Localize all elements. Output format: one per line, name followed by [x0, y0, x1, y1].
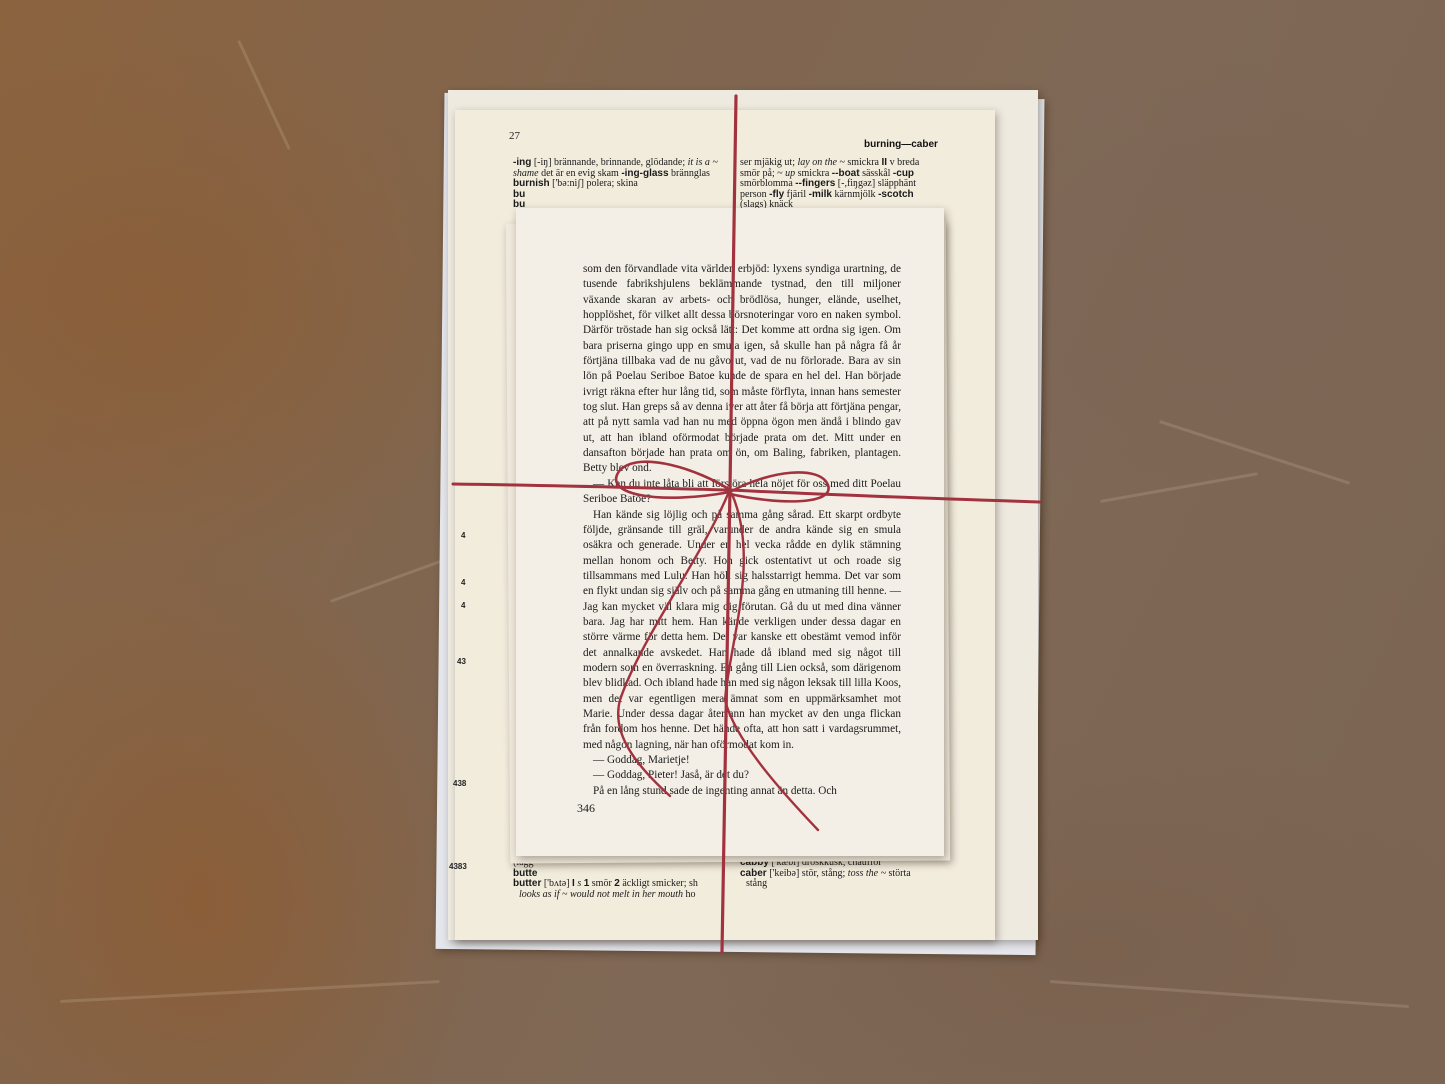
- side-page-number: 43: [457, 657, 466, 666]
- novel-page-number: 346: [577, 801, 595, 816]
- dictionary-running-header: burning—caber: [864, 139, 938, 150]
- paper-crease: [1050, 980, 1409, 1008]
- side-page-number: 4: [461, 601, 465, 610]
- paragraph: — Goddag, Pieter! Jaså, är det du?: [583, 768, 901, 783]
- dictionary-entry: burnish ['bə:niʃ] polera; skina: [513, 179, 721, 190]
- paragraph: — Kan du inte låta bli att förstöra hela…: [583, 477, 901, 508]
- paragraph: som den förvandlade vita världen erbjöd:…: [583, 262, 901, 477]
- dictionary-bottom-right: cabby ['kæbi] droskkusk, chauffor caber …: [740, 858, 945, 890]
- paper-crease: [330, 556, 453, 603]
- dictionary-line: looks as if ~ would not melt in her mout…: [513, 890, 728, 901]
- paper-crease: [1100, 472, 1258, 503]
- dictionary-left-column: -ing [-iŋ] brännande, brinnande, glödand…: [513, 158, 721, 211]
- paper-crease: [60, 980, 440, 1003]
- dictionary-bottom-left: (lägg butte butter ['bʌtə] I s 1 smör 2 …: [513, 858, 728, 900]
- dictionary-right-column: ser mjäkig ut; lay on the ~ smickra II v…: [740, 158, 942, 211]
- paragraph: Han kände sig löjlig och på samma gång s…: [583, 508, 901, 754]
- dictionary-entry: caber ['keibə] stör, stång; toss the ~ s…: [740, 869, 945, 880]
- dictionary-entry: bu: [513, 190, 721, 201]
- dictionary-entry: -ing [-iŋ] brännande, brinnande, glödand…: [513, 158, 721, 179]
- dictionary-line: stång: [740, 879, 945, 890]
- side-page-number: 4: [461, 531, 465, 540]
- side-page-number: 4383: [449, 862, 467, 871]
- side-page-number: 438: [453, 779, 466, 788]
- paragraph: — Goddag, Marietje!: [583, 753, 901, 768]
- side-page-number: 4: [461, 578, 465, 587]
- novel-body-text: som den förvandlade vita världen erbjöd:…: [583, 262, 901, 799]
- dictionary-page-number: 27: [509, 130, 520, 142]
- paper-crease: [237, 40, 290, 150]
- paragraph: På en lång stund sade de ingenting annat…: [583, 784, 901, 799]
